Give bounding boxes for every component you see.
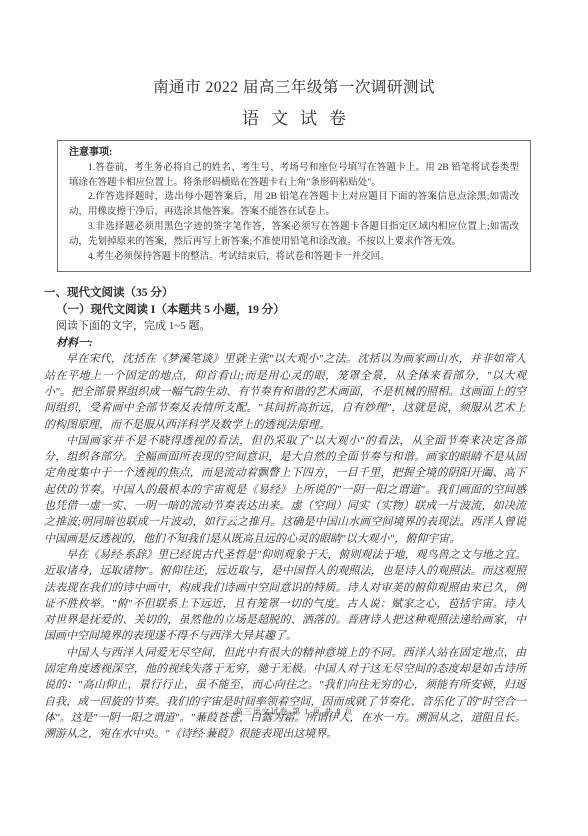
notice-item: 3.非选择题必须用黑色字迹的签字笔作答，答案必须写在答题卡各题目指定区域内相应位… [69,220,519,250]
material-paragraph: 中国画家并不是不晓得透视的看法，但仍采取了"以大观小"的看法，从全面节奏来决定各… [44,433,526,547]
section-modern-reading: 一、现代文阅读（35 分） （一）现代文阅读 I（本题共 5 小题，19 分） … [44,285,526,742]
page-footer: 高三语文试卷·第 1 页 共 8 页 [0,706,588,717]
material-label: 材料一: [56,335,526,352]
notice-item: 2.作答选择题时，选出每小题答案后，用 2B 铅笔在答题卡上对应题目下面的答案信… [69,190,519,220]
material-paragraph: 中国人与西洋人同爱无尽空间，但此中有很大的精神意境上的不同。西洋人站在固定地点，… [44,645,526,743]
notice-heading: 注意事项: [69,146,519,161]
notice-box: 注意事项: 1.答卷前，考生务必将自己的姓名、考生号、考场号和座位号填写在答题卡… [57,140,531,272]
exam-paper-page: 南通市 2022 届高三年级第一次调研测试 语文试卷 注意事项: 1.答卷前，考… [0,0,588,836]
material-paragraph: 早在《易经·系辞》里已经说古代圣哲是"仰则观象于天，俯则观法于地，观鸟兽之文与地… [44,547,526,645]
reading-instruction: 阅读下面的文字，完成 1~5 题。 [56,318,526,335]
notice-item: 4.考生必须保持答题卡的整洁。考试结束后，将试卷和答题卡一并交回。 [69,250,519,265]
material-paragraph: 早在宋代，沈括在《梦溪笔谈》里就主张"以大观小"之法。沈括以为画家画山水，并非如… [44,351,526,432]
paper-subject-title: 语文试卷 [0,110,588,128]
notice-item: 1.答卷前，考生务必将自己的姓名、考生号、考场号和座位号填写在答题卡上。用 2B… [69,161,519,191]
subsection-heading: （一）现代文阅读 I（本题共 5 小题，19 分） [56,302,526,319]
section-heading: 一、现代文阅读（35 分） [44,285,526,302]
page-title: 南通市 2022 届高三年级第一次调研测试 [0,0,588,96]
